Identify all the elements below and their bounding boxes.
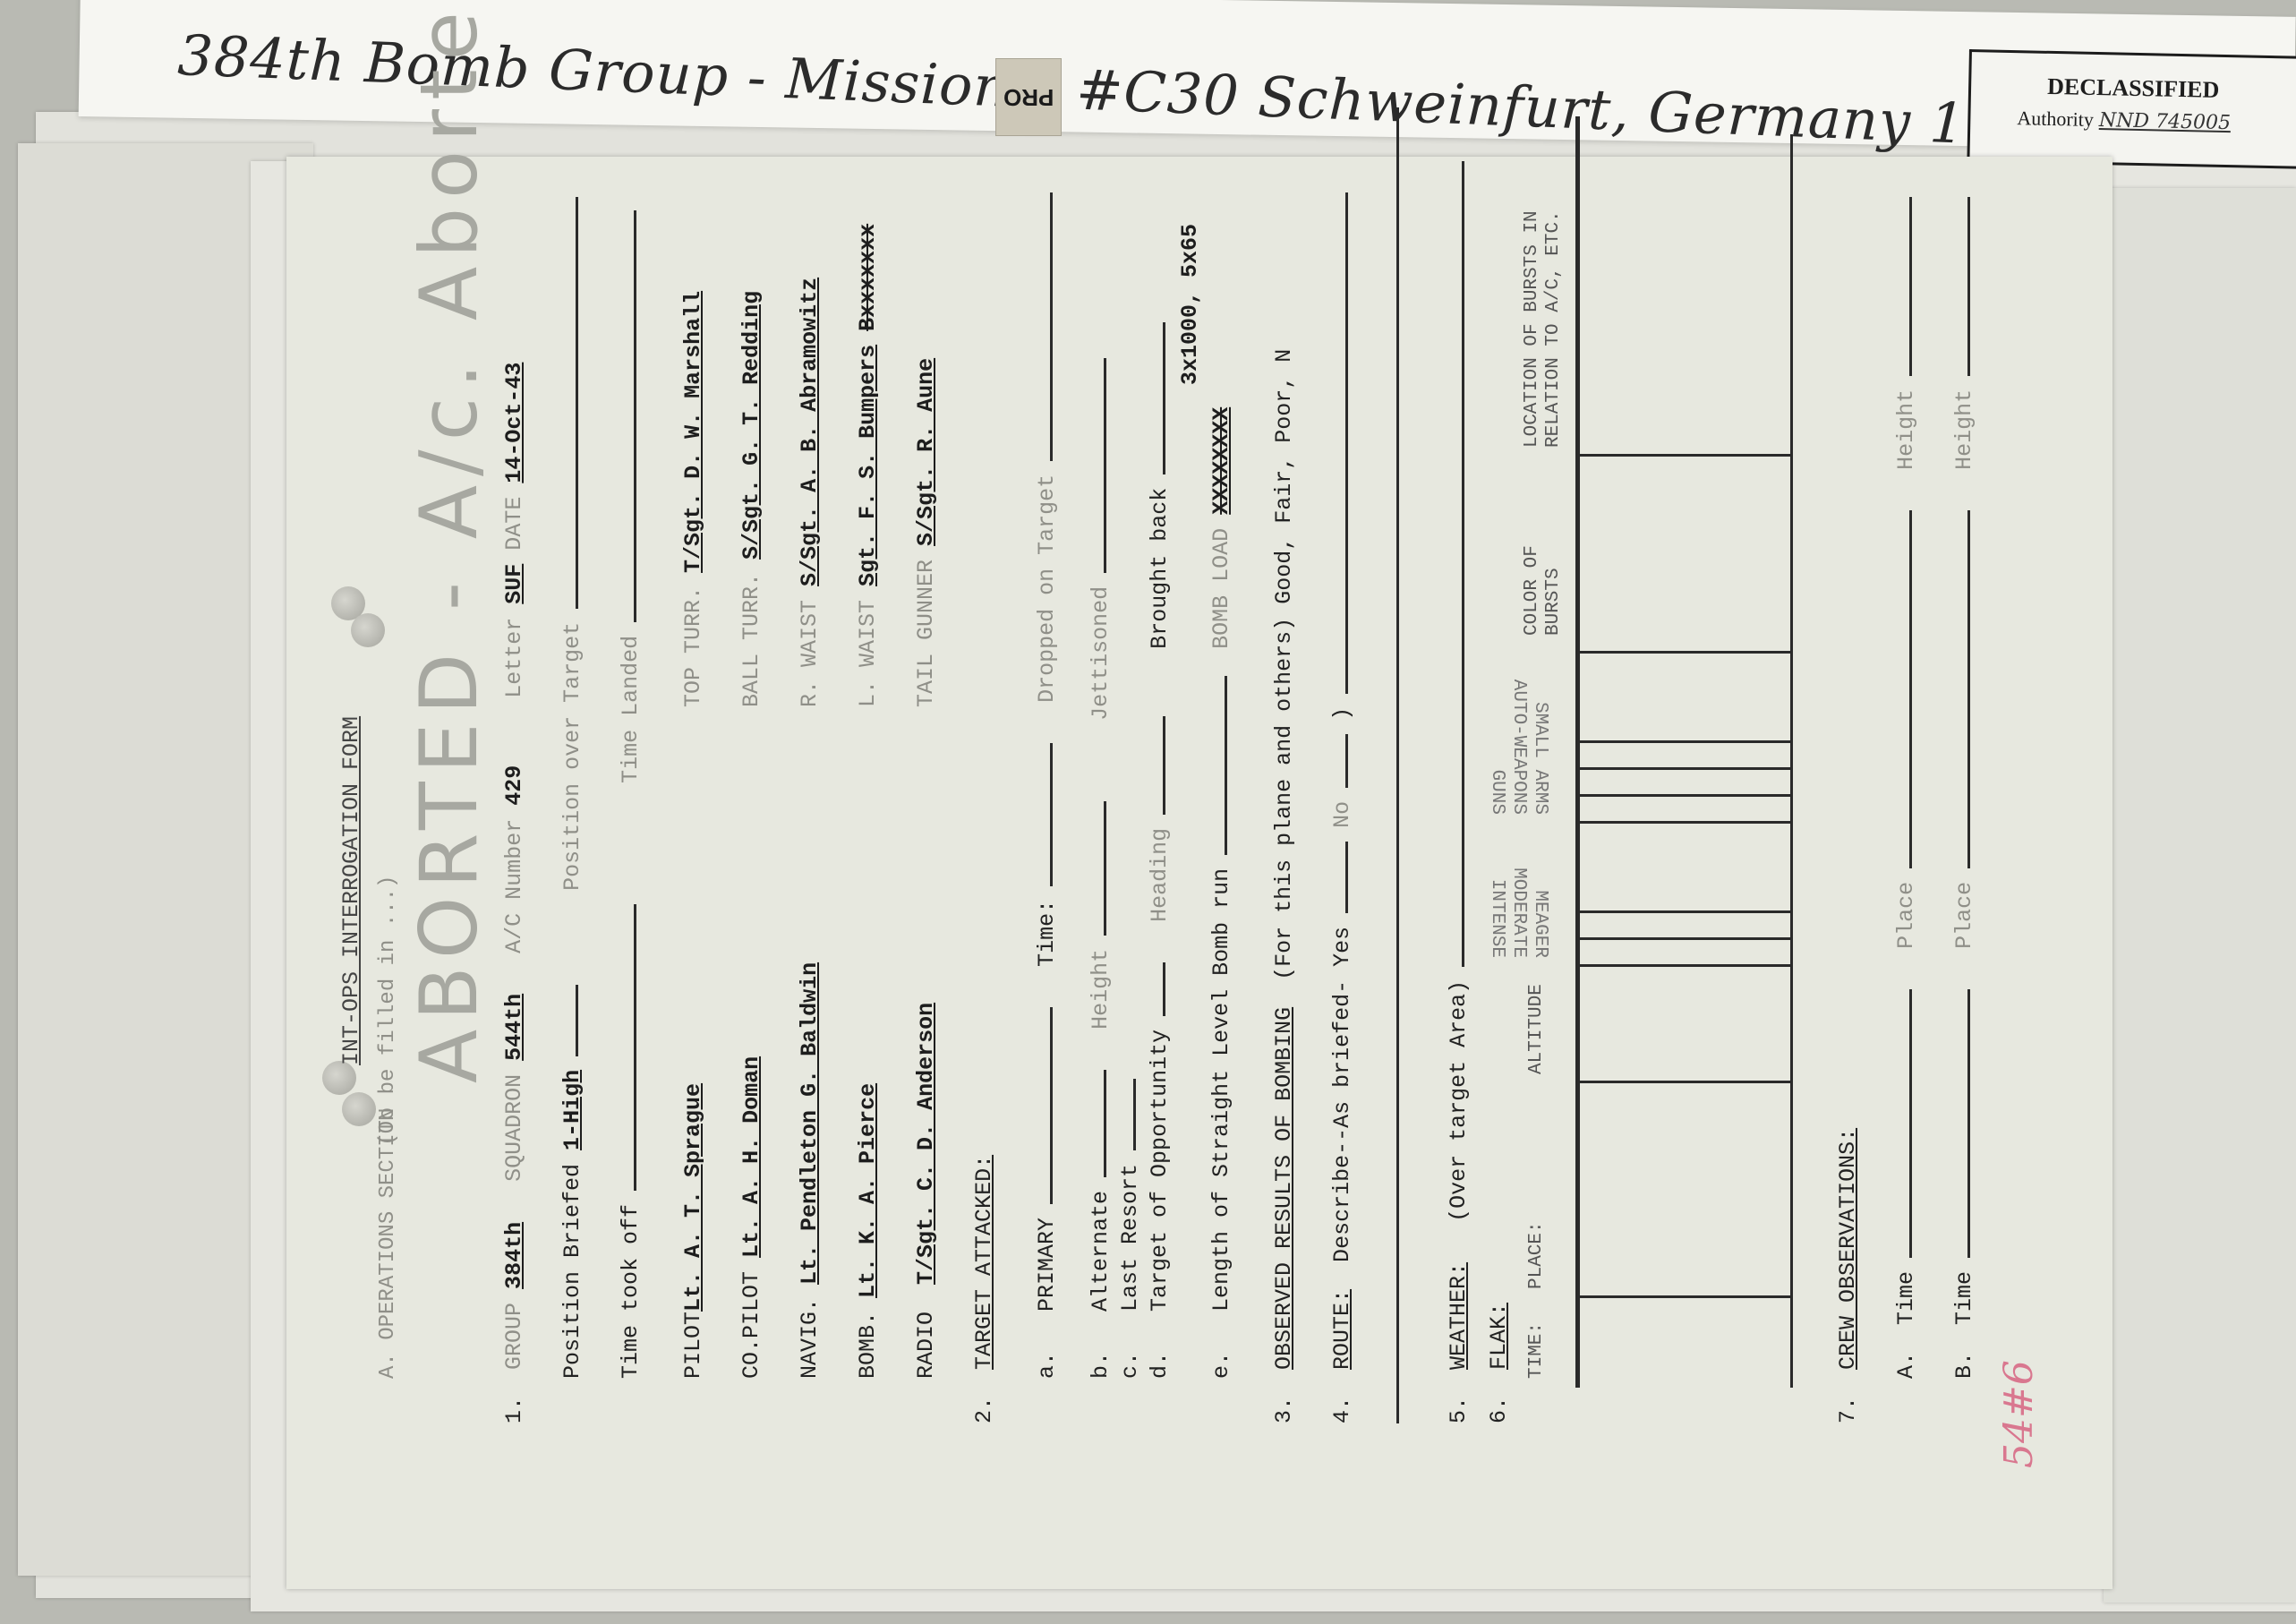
squadron-label: SQUADRON bbox=[501, 1074, 527, 1182]
flak-col-divider bbox=[1575, 794, 1790, 797]
position-briefed-label: Position Briefed bbox=[559, 1164, 585, 1379]
flak-col-divider bbox=[1575, 767, 1790, 770]
crew-name: Lt. Pendleton G. Baldwin bbox=[797, 962, 823, 1285]
route-line[interactable] bbox=[1396, 107, 1399, 1423]
flak-col-divider bbox=[1575, 651, 1790, 654]
sub-label: e. bbox=[1208, 1352, 1234, 1379]
sub-label: a. bbox=[1034, 1352, 1060, 1379]
crew-name: Lt. A. T. Sprague bbox=[680, 1083, 706, 1312]
crew-name: Lt. K. A. Pierce bbox=[855, 1083, 881, 1298]
sub-label: d. bbox=[1147, 1352, 1173, 1379]
observation-place-field[interactable] bbox=[1909, 510, 1912, 868]
bomb-load-label: BOMB LOAD bbox=[1208, 528, 1234, 649]
flak-col-divider bbox=[1575, 454, 1790, 457]
straight-level-label: Length of Straight Level Bomb run bbox=[1208, 868, 1234, 1312]
time-took-off-label: Time took off bbox=[618, 1204, 644, 1379]
aborted-pencil-annotation: ABORTED - A/c. Aborted bbox=[403, 0, 495, 1083]
observation-height-field[interactable] bbox=[1909, 197, 1912, 376]
crew-role: PILOT bbox=[680, 1312, 706, 1379]
crew-name: S/Sgt. R. Aune bbox=[913, 358, 939, 546]
crew-name: T/Sgt. C. D. Anderson bbox=[913, 1003, 939, 1285]
place-label: Place bbox=[1893, 882, 1919, 949]
row-label: A. bbox=[1893, 1352, 1919, 1379]
date-label: DATE bbox=[501, 497, 527, 551]
flak-col-location: LOCATION OF BURSTS IN RELATION TO A/C, E… bbox=[1522, 152, 1565, 448]
dropped-on-target-label: Dropped on Target bbox=[1034, 474, 1060, 703]
crew-observation-row: A. Time Place Height bbox=[1893, 197, 1919, 1379]
item2-alternate-row: b. Alternate Height Jettisoned bbox=[1088, 358, 1114, 1379]
item-number: 4. bbox=[1329, 1397, 1355, 1423]
flak-col-divider bbox=[1575, 937, 1790, 940]
target-of-opportunity-label: Target of Opportunity bbox=[1147, 1030, 1173, 1312]
crew-name: Lt. A. H. Doman bbox=[738, 1056, 764, 1258]
bomb-load-value: 3x1000, 5x65 bbox=[1177, 224, 1203, 385]
crew-role: CO.PILOT bbox=[738, 1271, 764, 1379]
flak-col-divider bbox=[1575, 964, 1790, 967]
crew-row: BOMB. Lt. K. A. Pierce bbox=[855, 1083, 881, 1379]
observation-place-field[interactable] bbox=[1967, 510, 1970, 868]
item1-row-times: Time took off Time Landed bbox=[618, 210, 644, 1379]
route-description-field[interactable] bbox=[1345, 192, 1348, 694]
crew-row: TOP TURR. T/Sgt. D. W. Marshall bbox=[680, 291, 706, 707]
brought-back-label: Brought back bbox=[1147, 488, 1173, 649]
crew-row: CO.PILOT Lt. A. H. Doman bbox=[738, 1056, 764, 1379]
paren: ) bbox=[1329, 707, 1355, 721]
item-number: 1. bbox=[501, 1397, 527, 1423]
sub-label: b. bbox=[1088, 1352, 1114, 1379]
flak-col-divider bbox=[1575, 740, 1790, 743]
crew-name: S/Sgt. G. T. Redding bbox=[738, 291, 764, 560]
weather-title: WEATHER: bbox=[1446, 1262, 1472, 1370]
time-label: Time: bbox=[1034, 900, 1060, 967]
group-value: 384th bbox=[501, 1222, 527, 1289]
target-attacked-title: TARGET ATTACKED: bbox=[971, 1155, 997, 1370]
last-resort-field[interactable] bbox=[1133, 1079, 1136, 1150]
dropped-on-target-field[interactable] bbox=[1050, 192, 1053, 461]
flak-small-arms: SMALL ARMS bbox=[1529, 702, 1550, 815]
crew-role: RADIO bbox=[913, 1312, 939, 1379]
primary-time-field[interactable] bbox=[1050, 743, 1053, 886]
flak-col-place: PLACE: bbox=[1526, 1221, 1548, 1289]
flak-col-divider bbox=[1575, 910, 1790, 913]
position-over-target-label: Position over Target bbox=[559, 622, 585, 891]
form-content: A. OPERATIONS SECTION (To be filled in .… bbox=[322, 116, 1898, 1441]
crew-row: R. WAIST S/Sgt. A. B. Abramowitz bbox=[797, 278, 823, 707]
flak-title: FLAK: bbox=[1486, 1303, 1512, 1370]
time-label: Time bbox=[1951, 1271, 1977, 1325]
ac-number-label: A/C Number bbox=[501, 819, 527, 953]
primary-field[interactable] bbox=[1050, 1007, 1053, 1204]
item2-straight-level-row: e. Length of Straight Level Bomb run BOM… bbox=[1208, 407, 1234, 1379]
height-label: Height bbox=[1951, 389, 1977, 470]
crew-row: NAVIG. Lt. Pendleton G. Baldwin bbox=[797, 962, 823, 1379]
section-header: A. OPERATIONS SECTION bbox=[376, 1108, 400, 1379]
route-title: ROUTE: bbox=[1329, 1289, 1355, 1370]
flak-col-time: TIME: bbox=[1526, 1322, 1548, 1379]
item-number: 5. bbox=[1446, 1397, 1472, 1423]
flak-col-divider bbox=[1575, 1081, 1790, 1083]
item1-row-group: 1. GROUP 384th SQUADRON 544th A/C Number… bbox=[501, 363, 527, 1423]
observation-time-field[interactable] bbox=[1967, 989, 1970, 1258]
struck-out-text: Bxxxxxxx bbox=[855, 224, 881, 331]
height-label: Height bbox=[1893, 389, 1919, 470]
crew-name: S/Sgt. A. B. Abramowitz bbox=[797, 278, 823, 586]
crew-name: T/Sgt. D. W. Marshall bbox=[680, 291, 706, 573]
time-landed-field[interactable] bbox=[634, 210, 636, 622]
weather-field[interactable] bbox=[1462, 161, 1464, 967]
crew-role: TOP TURR. bbox=[680, 586, 706, 707]
time-took-off-field[interactable] bbox=[634, 904, 636, 1191]
flak-intense: INTENSE bbox=[1486, 879, 1507, 958]
jettisoned-label: Jettisoned bbox=[1088, 586, 1114, 721]
red-pencil-annotation: 54#6 bbox=[1996, 1360, 2042, 1468]
pro-tab-label: PRO bbox=[1003, 83, 1054, 111]
item5-row: 5. WEATHER: (Over target Area) bbox=[1446, 161, 1472, 1423]
position-over-target-field[interactable] bbox=[576, 197, 578, 609]
crew-row: TAIL GUNNER S/Sgt. R. Aune bbox=[913, 358, 939, 707]
crew-role: BOMB. bbox=[855, 1312, 881, 1379]
flak-moderate: MODERATE bbox=[1507, 868, 1529, 958]
crew-row: BALL TURR. S/Sgt. G. T. Redding bbox=[738, 291, 764, 707]
ac-number-value: 429 bbox=[501, 765, 527, 806]
brought-back-field[interactable] bbox=[1163, 322, 1165, 474]
squadron-value: 544th bbox=[501, 994, 527, 1061]
item-number: 6. bbox=[1486, 1397, 1512, 1423]
crew-observation-row: B. Time Place Height bbox=[1951, 197, 1977, 1379]
item1-row-position: Position Briefed 1-High Position over Ta… bbox=[559, 197, 585, 1379]
route-yes-field[interactable] bbox=[1345, 842, 1348, 913]
letter-value: SUF bbox=[501, 564, 527, 604]
alternate-field[interactable] bbox=[1104, 1070, 1106, 1177]
flak-col-weapons: GUNS AUTO-WEAPONS SMALL ARMS bbox=[1486, 680, 1550, 815]
straight-level-field[interactable] bbox=[1225, 676, 1227, 855]
item6-row: 6. FLAK: bbox=[1486, 1303, 1512, 1423]
flak-table-top bbox=[1575, 116, 1580, 1388]
jettisoned-field[interactable] bbox=[1104, 358, 1106, 573]
observation-height-field[interactable] bbox=[1967, 197, 1970, 376]
flak-auto-weapons: AUTO-WEAPONS bbox=[1507, 680, 1529, 815]
crew-role: R. WAIST bbox=[797, 600, 823, 707]
crew-role: TAIL GUNNER bbox=[913, 560, 939, 707]
item4-row: 4. ROUTE: Describe--As briefed- Yes No ) bbox=[1329, 192, 1355, 1423]
item-number: 2. bbox=[971, 1397, 997, 1423]
weather-text: (Over target Area) bbox=[1446, 980, 1472, 1222]
flak-col-intensity: INTENSE MODERATE MEAGER bbox=[1486, 868, 1550, 958]
height-field[interactable] bbox=[1104, 801, 1106, 936]
crew-role: NAVIG. bbox=[797, 1298, 823, 1379]
crew-role: BALL TURR. bbox=[738, 573, 764, 707]
row-label: B. bbox=[1951, 1352, 1977, 1379]
sub-label: c. bbox=[1117, 1352, 1143, 1379]
group-label: GROUP bbox=[501, 1303, 527, 1370]
letter-label: Letter bbox=[501, 618, 527, 698]
form-title: INT-OPS INTERROGATION FORM bbox=[338, 716, 364, 1065]
crew-name: Sgt. F. S. Bumpers bbox=[855, 345, 881, 586]
opportunity-field[interactable] bbox=[1163, 962, 1165, 1016]
time-landed-label: Time Landed bbox=[618, 636, 644, 783]
form-subtitle: (To be filled in ...) bbox=[376, 876, 400, 1146]
date-value: 14-Oct-43 bbox=[501, 363, 527, 483]
crew-row: RADIO T/Sgt. C. D. Anderson bbox=[913, 1003, 939, 1379]
last-resort-label: Last Resort bbox=[1117, 1164, 1143, 1312]
primary-label: PRIMARY bbox=[1034, 1218, 1060, 1312]
flak-col-color: COLOR OF BURSTS bbox=[1522, 492, 1565, 636]
flak-guns: GUNS bbox=[1486, 770, 1507, 815]
route-text: Describe--As briefed- Yes bbox=[1329, 927, 1355, 1262]
observed-results-title: OBSERVED RESULTS OF BOMBING bbox=[1271, 1007, 1297, 1370]
item3-row: 3. OBSERVED RESULTS OF BOMBING (For this… bbox=[1271, 349, 1297, 1423]
flak-col-altitude: ALTITUDE bbox=[1526, 984, 1548, 1074]
height-label: Height bbox=[1088, 949, 1114, 1030]
struck-out-text: XXXXXXXX bbox=[1208, 407, 1234, 515]
flak-col-divider bbox=[1575, 1295, 1790, 1298]
crew-role: L. WAIST bbox=[855, 600, 881, 707]
declassified-title: DECLASSIFIED bbox=[2047, 73, 2220, 104]
observation-time-field[interactable] bbox=[1909, 989, 1912, 1258]
position-briefed-value: 1-High bbox=[559, 1070, 585, 1150]
item2-title: 2. TARGET ATTACKED: bbox=[971, 1155, 997, 1423]
route-no-field[interactable] bbox=[1345, 734, 1348, 788]
crew-row: PILOTLt. A. T. Sprague bbox=[680, 1083, 706, 1379]
item2-opportunity-row: d. Target of Opportunity Heading Brought… bbox=[1147, 322, 1173, 1379]
flak-col-divider bbox=[1575, 821, 1790, 824]
alternate-label: Alternate bbox=[1088, 1191, 1114, 1312]
route-no-label: No bbox=[1329, 801, 1355, 828]
heading-field[interactable] bbox=[1163, 716, 1165, 815]
heading-label: Heading bbox=[1147, 828, 1173, 922]
place-label: Place bbox=[1951, 882, 1977, 949]
observed-results-qualifier: (For this plane and others) Good, Fair, … bbox=[1271, 349, 1297, 980]
crew-row: L. WAIST Sgt. F. S. Bumpers Bxxxxxxx bbox=[855, 224, 881, 707]
flak-meager: MEAGER bbox=[1529, 890, 1550, 958]
time-label: Time bbox=[1893, 1271, 1919, 1325]
crew-observations: A. Time Place Height B. Time Place Heigh… bbox=[1826, 116, 2296, 1441]
item2-last-resort-row: c. Last Resort bbox=[1117, 1079, 1143, 1379]
item2-primary-row: a. PRIMARY Time: Dropped on Target bbox=[1034, 192, 1060, 1379]
item-number: 3. bbox=[1271, 1397, 1297, 1423]
flak-table-bottom bbox=[1790, 134, 1793, 1388]
